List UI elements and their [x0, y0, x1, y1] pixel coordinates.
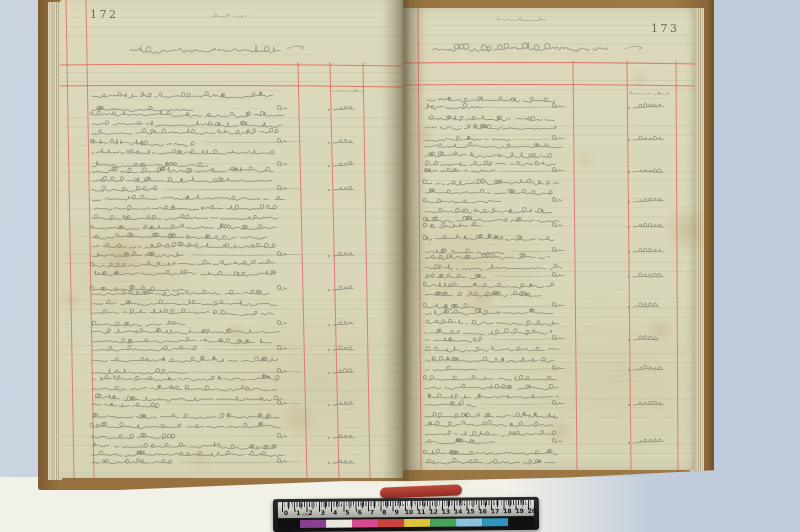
- ruler-number: 8: [382, 509, 386, 516]
- ledger-page-left: 172: [60, 0, 403, 478]
- ledger-book: 172 173: [38, 0, 714, 490]
- ruler-scale: 01234567891011121314151617181920 cm: [278, 500, 534, 518]
- ruler-number: 4: [333, 510, 337, 517]
- ruler-number: 5: [345, 509, 349, 516]
- ruler-number: 18: [503, 508, 511, 515]
- ruler-number: 9: [395, 509, 399, 516]
- color-patch: [326, 519, 352, 527]
- ruler-number: 0: [284, 510, 288, 517]
- color-patch: [482, 518, 508, 526]
- ruler-numbers: 01234567891011121314151617181920: [282, 500, 532, 518]
- color-patches: [278, 517, 534, 529]
- ruler-number: 19: [515, 508, 523, 515]
- calibration-ruler: 01234567891011121314151617181920 cm: [273, 497, 539, 532]
- color-patch: [430, 519, 456, 527]
- handwriting-layer-right: [403, 8, 695, 470]
- photo-scene: 172 173 01234567891011121314151617181920…: [0, 0, 800, 532]
- ruler-number: 7: [370, 509, 374, 516]
- handwriting-layer-left: [60, 0, 403, 478]
- ruler-number: 16: [479, 508, 487, 515]
- ruler-number: 15: [466, 508, 474, 515]
- color-patch: [378, 519, 404, 527]
- ruler-number: 20: [528, 508, 536, 515]
- patch-black-lead: [278, 520, 300, 528]
- ruler-number: 13: [442, 509, 450, 516]
- ruler-number: 1: [296, 510, 300, 517]
- ruler-number: 14: [454, 509, 462, 516]
- color-patch: [300, 520, 326, 528]
- ruler-number: 17: [491, 508, 499, 515]
- color-patch: [456, 518, 482, 526]
- ruler-unit-label: cm: [302, 512, 309, 517]
- color-patch: [404, 519, 430, 527]
- ruler-number: 11: [417, 509, 425, 516]
- ruler-number: 6: [358, 509, 362, 516]
- gutter-shadow: [382, 0, 426, 490]
- ruler-number: 3: [321, 510, 325, 517]
- color-patch: [352, 519, 378, 527]
- ledger-page-right: 173: [403, 8, 695, 470]
- ruler-number: 12: [429, 509, 437, 516]
- ruler-number: 10: [405, 509, 413, 516]
